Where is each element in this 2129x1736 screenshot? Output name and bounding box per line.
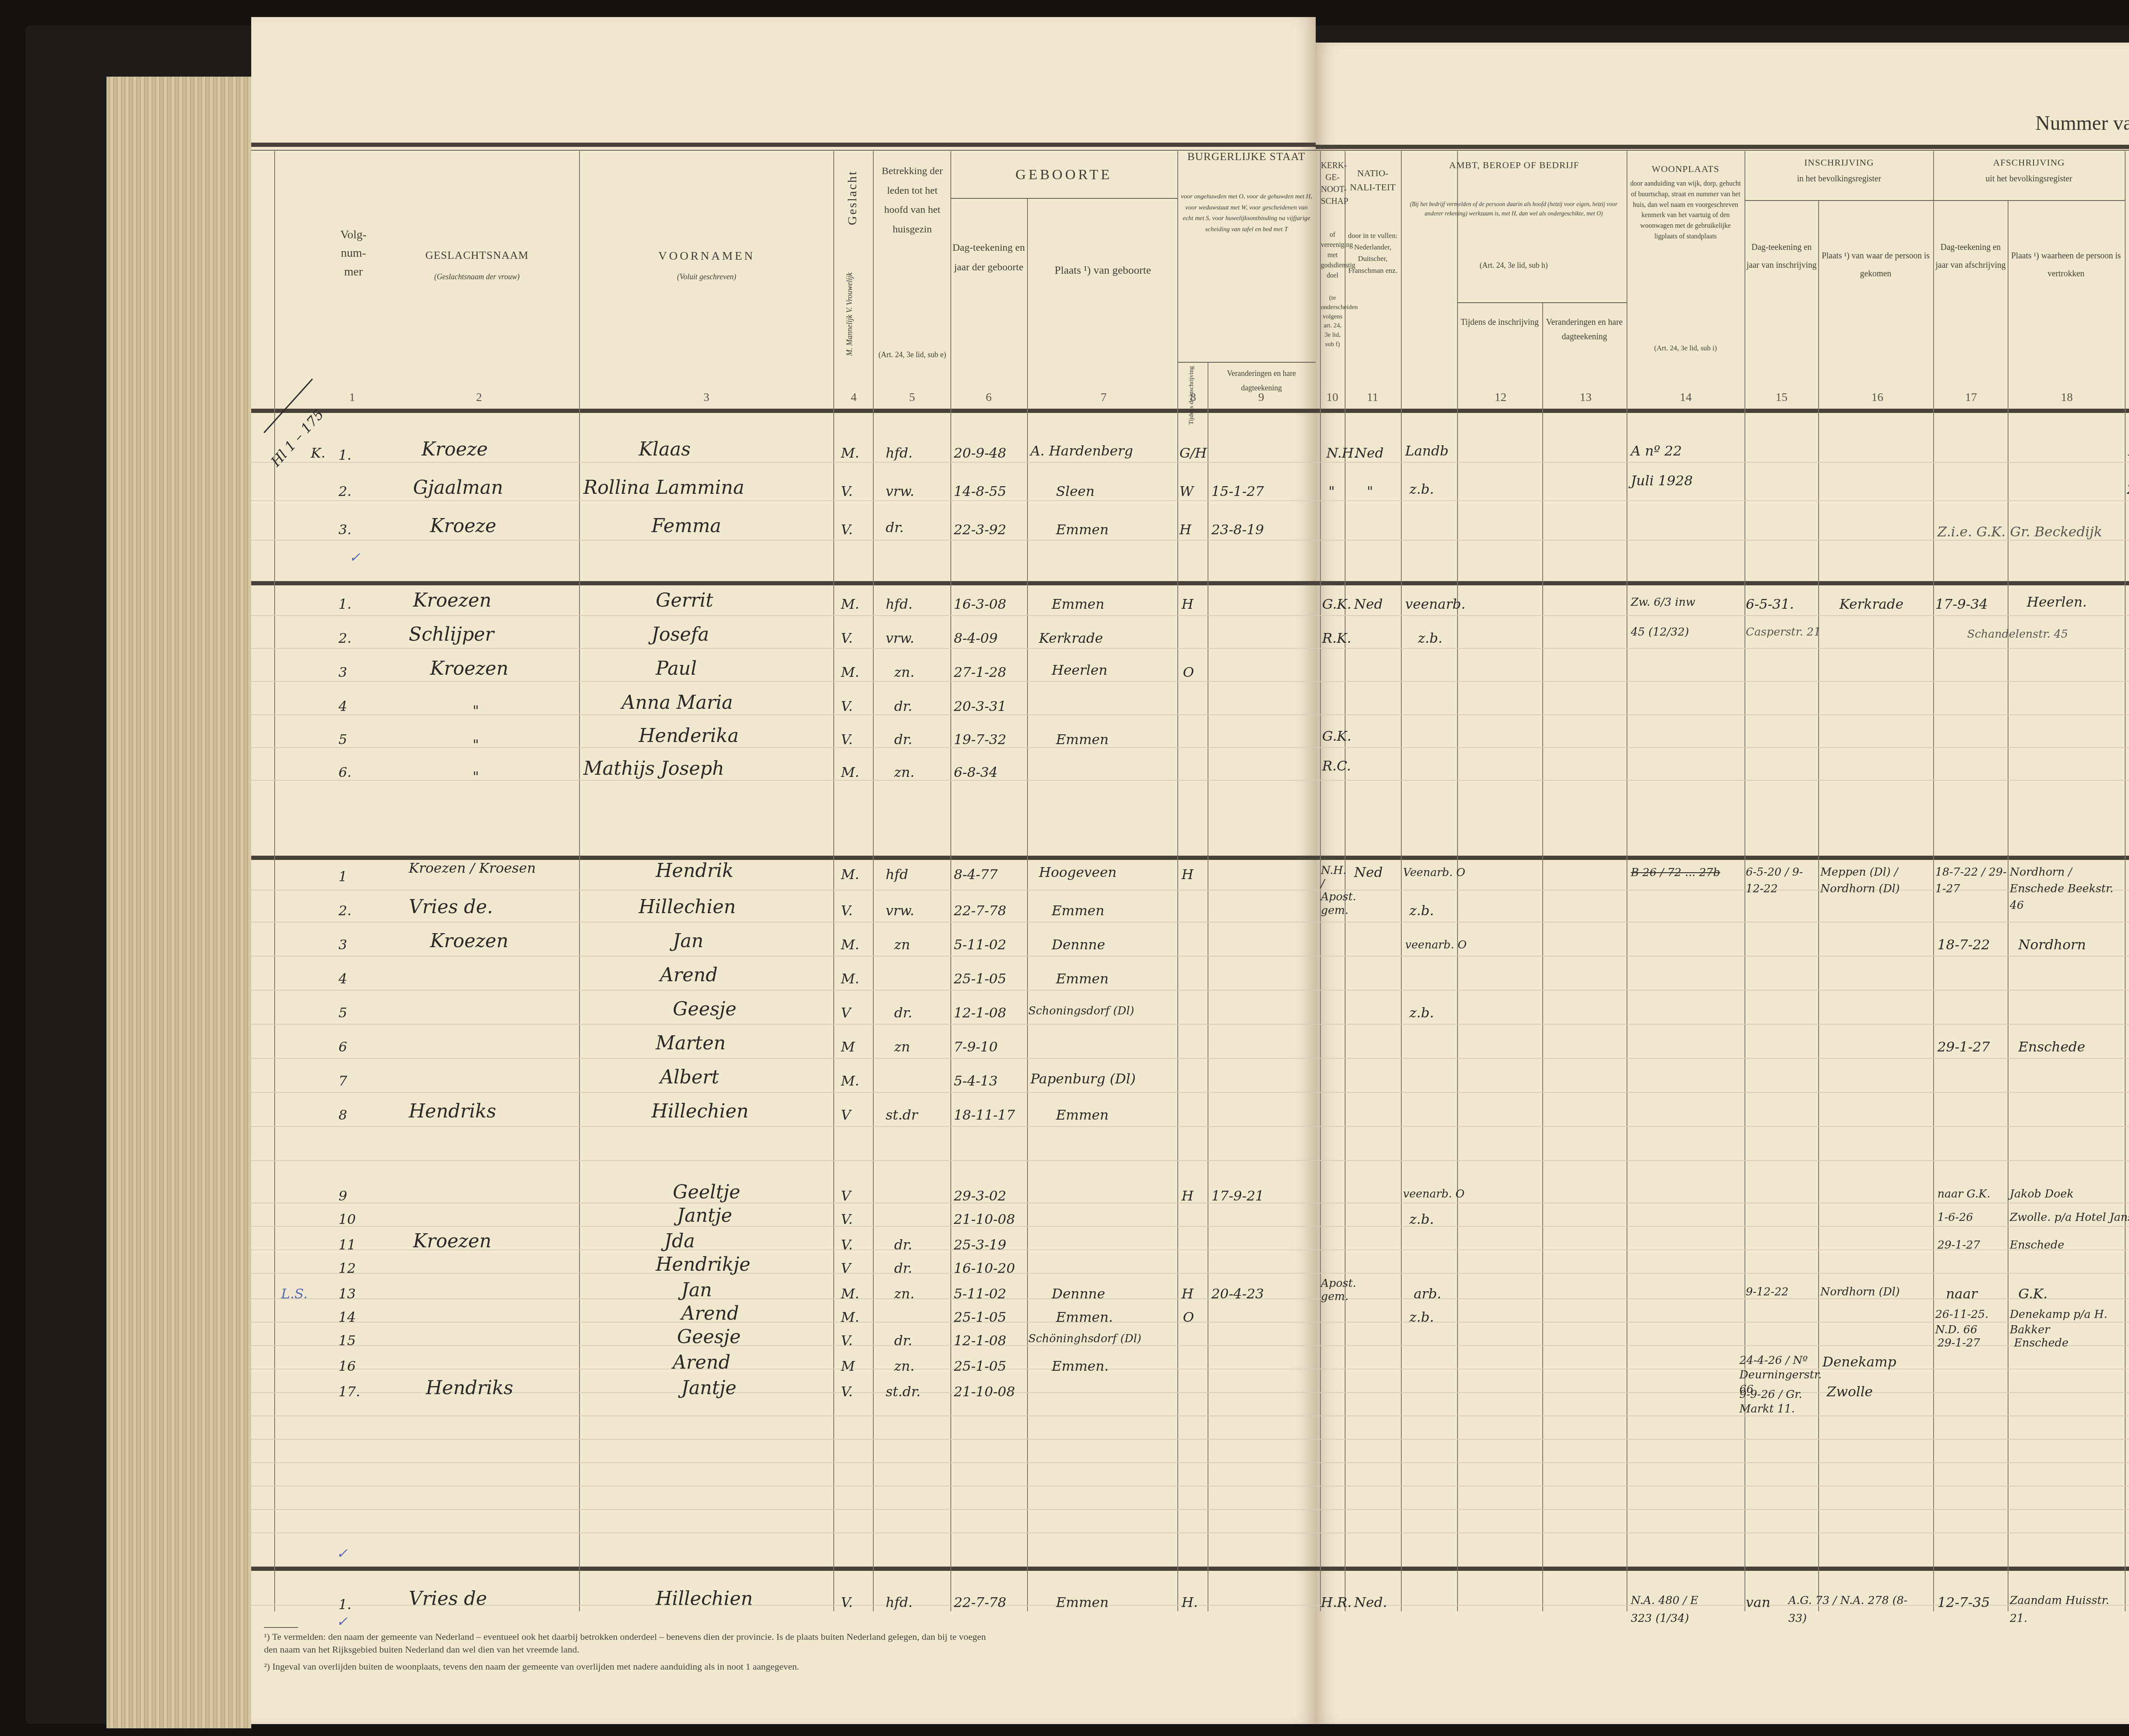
residence: Zw. 6/3 inw (1631, 596, 1695, 609)
civil-status: H (1182, 866, 1194, 882)
surname: " (473, 736, 479, 753)
row-number: 14 (339, 1309, 356, 1325)
sex: M. (841, 866, 859, 882)
birth-date: 20-3-31 (954, 698, 1006, 714)
birthplace: Emmen (1052, 902, 1105, 919)
row-number: 5 (339, 731, 347, 748)
relation: hfd (886, 866, 908, 882)
deregistration-date: 26-11-25. N.D. 66 (1935, 1307, 2008, 1338)
given-names: Arend (673, 1352, 730, 1373)
ruling-line (251, 1345, 2129, 1346)
header-woonplaats-art: (Art. 24, 3e lid, sub i) (1629, 343, 1742, 354)
deregistration-date: naar (1946, 1286, 1977, 1302)
nationality: Ned (1355, 445, 1383, 461)
birth-date: 7-9-10 (954, 1039, 998, 1055)
sex: M (841, 1039, 855, 1055)
surname: Kroeze (422, 438, 488, 460)
relation: hfd. (886, 445, 912, 461)
sex: V. (841, 1332, 853, 1349)
registration-date: 9-9-26 / Gr. Markt 11. (1739, 1388, 1825, 1417)
relation: dr. (894, 1260, 912, 1276)
civil-status: W (1179, 483, 1194, 499)
header-geslachtsnaam-sub: (Geslachtsnaam der vrouw) (383, 270, 571, 284)
given-names: Hillechien (639, 896, 736, 918)
col-number: 12 (1495, 391, 1506, 404)
registration-date: 9-12-22 (1746, 1286, 1788, 1298)
deregistration-address: Schandelenstr. 45 (1967, 628, 2068, 641)
check-mark-icon: ✓ (336, 1545, 348, 1561)
header-inschrijving: INSCHRIJVING (1745, 155, 1933, 170)
sex: V. (841, 1211, 853, 1227)
ruling-line (251, 540, 2129, 541)
birthplace: Emmen (1052, 596, 1105, 612)
header-inschrijving-dag: Dag-teekening en jaar van inschrijving (1746, 238, 1817, 274)
birthplace: Hoogeveen (1039, 864, 1116, 880)
sex: V. (841, 1384, 853, 1400)
given-names: Albert (660, 1066, 719, 1088)
birth-date: 25-1-05 (954, 971, 1006, 987)
col-number: 3 (703, 391, 709, 404)
birthplace: Sleen (1056, 483, 1095, 499)
occupation: z.b. (1409, 1211, 1434, 1227)
deregistration-to: Zwolle. p/a Hotel Jansen (2010, 1211, 2129, 1224)
sex: M. (841, 1309, 859, 1325)
deregistration-date: 17-9-34 (1935, 596, 1988, 612)
civil-status: H (1182, 1286, 1194, 1302)
ruling-line (251, 1462, 2129, 1463)
sex: V. (841, 698, 853, 714)
footnote-2: ²) Ingeval van overlijden buiten de woon… (264, 1660, 988, 1673)
row-number: 5 (339, 1005, 347, 1021)
row-number: 2. (339, 630, 352, 646)
deregistration-to: Enschede (2014, 1337, 2069, 1349)
header-geboorte: GEBOORTE (950, 164, 1177, 186)
row-number: 1 (339, 868, 347, 885)
col-line (1208, 362, 1208, 1611)
deregistration-date: naar G.K. (1937, 1188, 1990, 1200)
sex: V (841, 1260, 851, 1276)
civil-status: O (1183, 1309, 1194, 1325)
given-names: Arend (681, 1303, 739, 1324)
col-number: 15 (1776, 391, 1788, 404)
block-separator-3 (251, 1567, 2129, 1571)
birth-date: 5-4-13 (954, 1073, 998, 1089)
row-number: 8 (339, 1107, 347, 1123)
deregistration-date: 18-7-22 / 29-1-27 (1935, 864, 2008, 897)
row-number: 17. (339, 1384, 360, 1400)
church: Apost. gem. (1321, 1277, 1346, 1303)
header-betrekking-sub: (Art. 24, 3e lid, sub e) (877, 349, 947, 361)
row-number: 12 (339, 1260, 356, 1276)
relation: st.dr (886, 1107, 918, 1123)
surname: Kroezen (430, 658, 508, 679)
civil-status-change: 17-9-21 (1211, 1188, 1264, 1204)
ruling-line (251, 681, 2129, 682)
relation: dr. (894, 1332, 912, 1349)
ruling-line (251, 1509, 2129, 1510)
header-voornamen-sub: (Voluit geschreven) (580, 270, 833, 284)
col-number: 5 (909, 391, 915, 404)
header-overlijden: Dag-teekening en jaar van OVER-LIJDEN ²) (2126, 204, 2129, 258)
header-geslachtsnaam: GESLACHTSNAAM (383, 247, 571, 264)
header-afschrijving-dag: Dag-teekening en jaar van afschrijving (1935, 238, 2006, 274)
header-inschrijving-sub: in het bevolkingsregister (1745, 172, 1933, 186)
ruling-line (251, 1249, 2129, 1250)
birth-date: 21-10-08 (954, 1211, 1015, 1227)
occupation: Veenarb. O (1403, 866, 1465, 879)
col-number: 6 (986, 391, 992, 404)
registration-from: Denekamp (1822, 1354, 1896, 1370)
relation: dr. (894, 698, 912, 714)
birth-date: 21-10-08 (954, 1384, 1015, 1400)
check-mark-icon: ✓ (349, 549, 361, 565)
row-number: 9 (339, 1188, 347, 1204)
margin-mark: L.S. (281, 1286, 307, 1302)
given-names: Gerrit (656, 590, 713, 611)
birth-date: 29-3-02 (954, 1188, 1006, 1204)
ruling-line (251, 1439, 2129, 1440)
birthplace: Emmen (1056, 1594, 1109, 1610)
given-names: Marten (656, 1032, 726, 1054)
row-number: 6 (339, 1039, 347, 1055)
header-top-rule-right (1316, 145, 2129, 149)
residence: B 26 / 72 ... 27b (1631, 866, 1720, 879)
deregistration-date: 12-7-35 (1937, 1594, 1990, 1610)
geboorte-group-rule (950, 198, 1177, 199)
deregistration-date: 1-6-26 (1937, 1211, 1973, 1224)
header-voornamen: VOORNAMEN (580, 247, 833, 265)
nationality: Ned (1354, 864, 1383, 880)
header-kerk-sub: of vereeniging met godsdienstig doel (1321, 230, 1344, 281)
row-number: 6. (339, 764, 352, 780)
header-ambt-veranderingen: Veranderingen en hare dagteekening (1543, 315, 1626, 344)
civil-status: H. (1182, 1594, 1198, 1610)
occupation: z.b. (1409, 481, 1434, 497)
residence: 45 (12/32) (1631, 626, 1689, 639)
row-number: 1. (339, 596, 352, 612)
row-number: 16 (339, 1358, 356, 1374)
birth-date: 16-3-08 (954, 596, 1006, 612)
given-names: Hendrikje (656, 1254, 750, 1275)
col-number: 11 (1367, 391, 1378, 404)
sex: V (841, 1107, 851, 1123)
surname: Vries de (409, 1588, 487, 1610)
given-names: Jan (673, 930, 703, 952)
header-woonplaats-sub: door aanduiding van wijk, dorp, gehucht … (1629, 179, 1742, 242)
header-bs-note: voor ongehuwden met O, voor de gehuwden … (1179, 192, 1314, 235)
row-number: 2. (339, 483, 352, 499)
birth-date: 12-1-08 (954, 1005, 1006, 1021)
civil-status: O (1183, 664, 1194, 680)
header-nationaliteit: NATIO-NALI-TEIT (1346, 166, 1400, 194)
ruling-line (251, 1024, 2129, 1025)
col-number: 8 (1190, 391, 1196, 404)
birthplace: Emmen (1056, 731, 1109, 748)
occupation: veenarb. O (1405, 939, 1467, 951)
sex: M (841, 1358, 855, 1374)
surname: Kroezen / Kroesen (409, 860, 536, 876)
ruling-line (251, 1486, 2129, 1487)
ruling-line (251, 1092, 2129, 1093)
birth-date: 12-1-08 (954, 1332, 1006, 1349)
deregistration-to: Jakob Doek (2010, 1188, 2074, 1200)
ruling-line (251, 1273, 2129, 1274)
row-number: 3 (339, 664, 347, 680)
relation: dr. (894, 1237, 912, 1253)
ruling-line (251, 648, 2129, 649)
col-number: 9 (1258, 391, 1264, 404)
surname: Hendriks (426, 1377, 513, 1399)
occupation: z.b. (1409, 1005, 1434, 1021)
church: " (1328, 483, 1335, 499)
surname: Vries de. (409, 896, 493, 918)
block-separator-1 (251, 581, 2129, 585)
row-number: 7 (339, 1073, 347, 1089)
surname: Kroezen (430, 930, 508, 952)
given-names: Klaas (639, 438, 691, 460)
church: G.K. (1322, 728, 1351, 744)
row-number: 10 (339, 1211, 356, 1227)
ruling-line (251, 1415, 2129, 1416)
ruling-line (251, 747, 2129, 748)
registration-date: 6-5-31. (1746, 596, 1794, 612)
given-names: Femma (651, 515, 721, 537)
relation: hfd. (886, 596, 912, 612)
block-separator-2 (251, 856, 2129, 860)
residence: A nº 22 (1631, 443, 1682, 459)
header-betrekking: Betrekking der leden tot het hoofd van h… (877, 162, 947, 239)
sex: M. (841, 596, 859, 612)
header-ambt-art: (Art. 24, 3e lid, sub h) (1405, 260, 1622, 272)
col-line (1542, 302, 1543, 1611)
birth-date: 5-11-02 (954, 937, 1006, 953)
relation: vrw. (886, 483, 914, 499)
relation: zn. (894, 764, 915, 780)
birth-date: 19-7-32 (954, 731, 1006, 748)
deregistration-to: Zaandam Huisstr. 21. (2010, 1592, 2120, 1627)
deregistration-date: 29-1-27 (1937, 1239, 1980, 1252)
given-names: Hendrik (656, 860, 734, 882)
row-number: 3. (339, 521, 352, 538)
birthplace: Dennne (1052, 937, 1105, 953)
ruling-line (251, 1226, 2129, 1227)
surname: " (473, 768, 479, 785)
sex: V. (841, 483, 853, 499)
ruling-line (251, 990, 2129, 991)
registration-from: Meppen (Dl) / Nordhorn (Dl) (1820, 864, 1935, 897)
deregistration-to: Heerlen. (2027, 594, 2087, 610)
given-names: Jda (664, 1230, 695, 1252)
header-top-rule (251, 143, 1316, 147)
relation: zn. (894, 1358, 915, 1374)
sex: M. (841, 1073, 859, 1089)
row-number: 15 (339, 1332, 356, 1349)
surname: " (473, 702, 479, 719)
birth-date: 22-7-78 (954, 1594, 1006, 1610)
col-number: 10 (1326, 391, 1338, 404)
header-geboorte-plaats: Plaats ¹) van geboorte (1030, 260, 1175, 281)
surname: Kroeze (430, 515, 496, 537)
given-names: Geesje (673, 998, 737, 1020)
header-geslacht: Geslacht (845, 170, 860, 225)
birthplace: Papenburg (Dl) (1030, 1071, 1136, 1087)
registration-address: Casperstr. 21 (1746, 626, 1821, 639)
row-number: 4 (339, 698, 347, 714)
sex: V. (841, 902, 853, 919)
given-names: Paul (656, 658, 697, 679)
footnote-1: ¹) Te vermelden: den naam der gemeente v… (264, 1630, 988, 1656)
registration-from: Kerkrade (1839, 596, 1903, 612)
birth-date: 22-7-78 (954, 902, 1006, 919)
birth-date: 22-3-92 (954, 521, 1006, 538)
residence: N.A. 480 / E 323 (1/34) (1631, 1592, 1716, 1627)
birth-date: 5-11-02 (954, 1286, 1006, 1302)
row-prefix: K. (311, 445, 325, 461)
relation: dr. (894, 731, 912, 748)
col-number: 1 (349, 391, 355, 404)
relation: hfd. (886, 1594, 912, 1610)
sex: V. (841, 1594, 853, 1610)
residence: Juli 1928 (1631, 473, 1693, 489)
ruling-line (251, 780, 2129, 781)
birth-date: 25-1-05 (954, 1358, 1006, 1374)
occupation: arb. (1414, 1286, 1441, 1302)
church: G.K. (1322, 596, 1351, 612)
birth-date: 20-9-48 (954, 445, 1006, 461)
col-line (1027, 198, 1028, 1611)
sex: M. (841, 937, 859, 953)
ruling-line (251, 615, 2129, 616)
burgerlijke-staat-group-rule (1177, 362, 1316, 363)
birthplace: Heerlen (1052, 662, 1108, 678)
birthplace: Emmen. (1056, 1309, 1113, 1325)
header-inschrijving-plaats: Plaats ¹) van waar de persoon is gekomen (1819, 247, 1932, 283)
birthplace: A. Hardenberg (1030, 443, 1133, 459)
sex: V (841, 1188, 851, 1204)
col-number: 13 (1580, 391, 1592, 404)
header-volgnummer: Volg-num-mer (328, 226, 379, 281)
occupation: z.b. (1418, 630, 1443, 646)
header-afschrijving-plaats: Plaats ¹) waarheen de persoon is vertrok… (2008, 247, 2123, 283)
header-geslacht-sub: M. Mannelijk V. Vrouwelijk (845, 272, 854, 356)
relation: dr. (894, 1005, 912, 1021)
deregistration-date: 18-7-22 (1937, 937, 1990, 953)
deregistration-to: Denekamp p/a H. Bakker (2010, 1307, 2125, 1338)
header-woonplaats: WOONPLAATS (1627, 162, 1744, 176)
ruling-line (251, 462, 2129, 463)
civil-status: G/H (1179, 445, 1207, 461)
header-nationaliteit-sub: door in te vullen: Nederlander, Duitsche… (1346, 230, 1400, 276)
ruling-line (251, 1160, 2129, 1161)
registration-date: 6-5-20 / 9-12-22 (1746, 864, 1818, 897)
given-names: Jan (681, 1279, 712, 1301)
ruling-line (251, 956, 2129, 957)
given-names: Geesje (677, 1326, 741, 1348)
occupation: z.b. (1409, 902, 1434, 919)
ruling-line (251, 714, 2129, 715)
civil-status-change: 23-8-19 (1211, 521, 1264, 538)
deregistration-to: G.K. (2018, 1286, 2048, 1302)
page-stack-edge (106, 77, 251, 1728)
col-number: 2 (476, 391, 482, 404)
header-afschrijving-sub: uit het bevolkingsregister (1934, 172, 2124, 186)
sex: M. (841, 971, 859, 987)
inschrijving-afschrijving-group-rule (1745, 200, 2125, 201)
row-number: 1. (339, 1596, 352, 1613)
sex: M. (841, 664, 859, 680)
birth-date: 16-10-20 (954, 1260, 1015, 1276)
given-names: Hillechien (651, 1100, 749, 1122)
deregistration-to: Enschede (2018, 1039, 2085, 1055)
given-names: Geeltje (673, 1181, 740, 1203)
col-number: 14 (1680, 391, 1692, 404)
header-afschrijving: AFSCHRIJVING (1934, 155, 2124, 170)
nationality: Ned. (1354, 1594, 1387, 1610)
ambt-group-rule (1457, 302, 1627, 303)
row-number: 3 (339, 937, 347, 953)
death-date: 25-4-29 (2127, 481, 2129, 497)
nationality: " (1367, 483, 1373, 499)
col-number: 18 (2061, 391, 2073, 404)
deregistration-to: Nordhorn / Enschede Beekstr. 46 (2010, 864, 2125, 914)
surname: Schlijper (409, 624, 494, 645)
occupation: Landb (1405, 443, 1449, 459)
header-kerkgenootschap: KERK-GE-NOOT-SCHAP (1321, 160, 1344, 207)
header-ambt: AMBT, BEROEP OF BEDRIJF (1402, 158, 1627, 172)
surname: Kroezen (413, 590, 491, 611)
given-names: Jantje (677, 1205, 732, 1226)
given-names: Rollina Lammina (583, 477, 744, 498)
birth-date: 27-1-28 (954, 664, 1006, 680)
header-ambt-tijdens: Tijdens de inschrijving (1458, 315, 1541, 329)
row-number: 2. (339, 902, 352, 919)
surname: Kroezen (413, 1230, 491, 1252)
church: N.H. (1326, 445, 1358, 461)
relation: vrw. (886, 630, 914, 646)
row-number: 13 (339, 1286, 356, 1302)
registration-from: A.G. 73 / N.A. 278 (8-33) (1788, 1592, 1916, 1627)
nationality: Ned (1354, 596, 1383, 612)
relation: zn (894, 937, 910, 953)
row-number: 1. (339, 447, 352, 463)
registration-date: van (1746, 1594, 1770, 1610)
header-kerk-sub2: (te onderscheiden volgens art. 24, 3e li… (1321, 294, 1344, 349)
given-names: Josefa (651, 624, 709, 645)
church: N.H. / Apost. gem. (1321, 864, 1346, 917)
col-line (2008, 200, 2008, 1611)
sex: V. (841, 731, 853, 748)
given-names: Arend (660, 964, 717, 986)
sex: M. (841, 1286, 859, 1302)
sex: V. (841, 521, 853, 538)
birthplace: Schöninghsdorf (Dl) (1028, 1332, 1141, 1345)
registration-from: Zwolle (1827, 1384, 1873, 1400)
col-number: 7 (1101, 391, 1107, 404)
relation: dr. (886, 519, 904, 536)
birth-date: 25-1-05 (954, 1309, 1006, 1325)
birthplace: Kerkrade (1039, 630, 1103, 646)
deregistration-to: Nordhorn (2018, 937, 2086, 953)
row-number: 11 (339, 1237, 356, 1253)
ruling-line (251, 500, 2129, 501)
header-ambt-sub: (Bij het bedrijf vermelden of de persoon… (1405, 200, 1622, 219)
footnote-rule (264, 1627, 298, 1628)
surname: Gjaalman (413, 477, 503, 498)
occupation: veenarb. O (1403, 1188, 1465, 1200)
given-names: Mathijs Joseph (583, 758, 724, 779)
relation: zn. (894, 664, 915, 680)
birthplace: Dennne (1052, 1286, 1105, 1302)
